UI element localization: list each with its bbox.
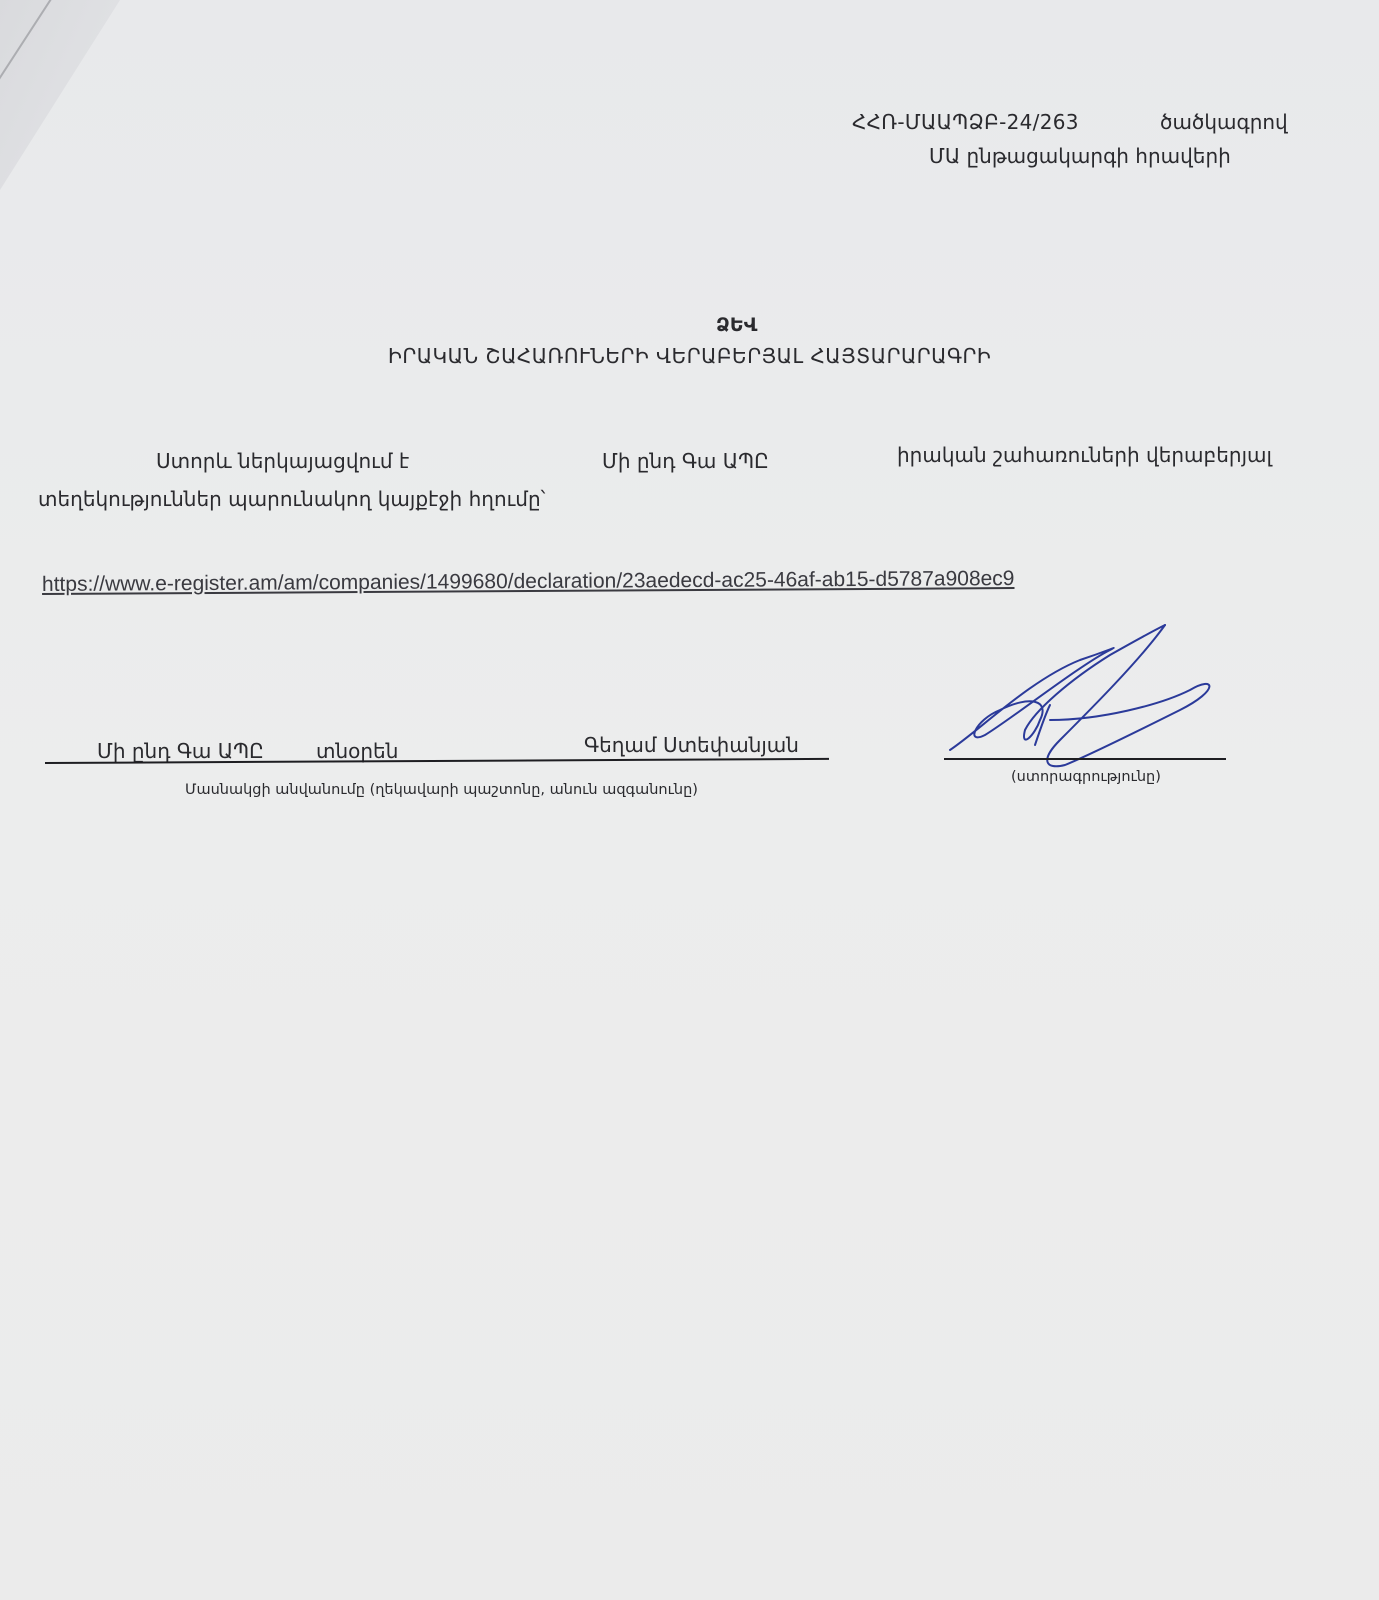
- form-label: ՁԵՎ: [716, 314, 757, 336]
- participant-caption: Մասնակցի անվանումը (ղեկավարի պաշտոնը, ան…: [185, 782, 698, 798]
- declaration-link[interactable]: https://www.e-register.am/am/companies/1…: [42, 567, 1015, 597]
- signatory-name: Գեղամ Ստեփանյան: [584, 733, 799, 757]
- intro-text-part3: տեղեկություններ պարունակող կայքէջի հղում…: [38, 487, 545, 511]
- reference-note: ՄԱ ընթացակարգի հրավերի: [929, 144, 1231, 168]
- signature-line: [944, 758, 1226, 760]
- approved-by-label: ծածկագրով: [1160, 110, 1288, 134]
- reference-code: ՀՀՌ-ՄԱԱՊՁԲ-24/263: [852, 110, 1079, 134]
- intro-text-part2: իրական շահառուների վերաբերյալ: [897, 443, 1272, 467]
- intro-text-part1: Ստորև ներկայացվում է: [156, 449, 409, 473]
- handwritten-signature: [940, 620, 1240, 790]
- signature-caption: (ստորագրությունը): [1011, 769, 1161, 785]
- document-page: ՀՀՌ-ՄԱԱՊՁԲ-24/263 ծածկագրով ՄԱ ընթացակար…: [0, 0, 1379, 1600]
- signatory-company-name: Մի ընդ Գա ԱՊԸ: [97, 739, 264, 763]
- intro-company-name: Մի ընդ Գա ԱՊԸ: [602, 449, 769, 473]
- page-fold-shadow: [0, 0, 140, 200]
- document-title: ԻՐԱԿԱՆ ՇԱՀԱՌՈՒՆԵՐԻ ՎԵՐԱԲԵՐՅԱԼ ՀԱՅՏԱՐԱՐԱԳ…: [388, 344, 991, 368]
